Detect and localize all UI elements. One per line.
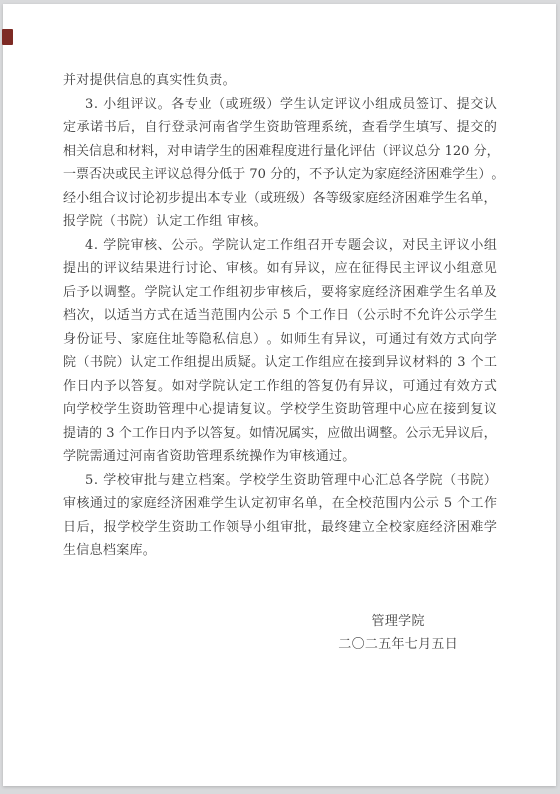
- document-line: 定承诺书后，自行登录河南省学生资助管理系统，查看学生填写、提交的: [63, 116, 497, 140]
- document-line: 日后，报学校学生资助工作领导小组审批，最终建立全校家庭经济困难学: [63, 516, 497, 540]
- document-line: 学院需通过河南省资助管理系统操作为审核通过。: [63, 445, 497, 469]
- document-line: 相关信息和材料，对申请学生的困难程度进行量化评估（评议总分 120 分，: [63, 140, 497, 164]
- document-line: 一票否决或民主评议总得分低于 70 分的，不予认定为家庭经济困难学生）。: [63, 163, 497, 187]
- document-lines: 并对提供信息的真实性负责。3. 小组评议。各专业（或班级）学生认定评议小组成员签…: [63, 69, 497, 563]
- seal-fragment-mark: [2, 29, 13, 45]
- document-line: 作日内予以答复。如对学院认定工作组的答复仍有异议，可通过有效方式: [63, 375, 497, 399]
- signature-spacer: [63, 563, 497, 610]
- document-line: 生信息档案库。: [63, 539, 497, 563]
- signature-block: 管理学院 二〇二五年七月五日: [338, 610, 458, 657]
- document-line: 提请的 3 个工作日内予以答复。如情况属实，应做出调整。公示无异议后，: [63, 422, 497, 446]
- document-line: 3. 小组评议。各专业（或班级）学生认定评议小组成员签订、提交认: [63, 93, 497, 117]
- document-page: 并对提供信息的真实性负责。3. 小组评议。各专业（或班级）学生认定评议小组成员签…: [3, 4, 556, 786]
- document-line: 提出的评议结果进行讨论、审核。如有异议，应在征得民主评议小组意见: [63, 257, 497, 281]
- document-line: 院（书院）认定工作组提出质疑。认定工作组应在接到异议材料的 3 个工: [63, 351, 497, 375]
- document-body: 并对提供信息的真实性负责。3. 小组评议。各专业（或班级）学生认定评议小组成员签…: [63, 69, 497, 657]
- document-line: 后予以调整。学院认定工作组初步审核后，要将家庭经济困难学生名单及: [63, 281, 497, 305]
- document-line: 4. 学院审核、公示。学院认定工作组召开专题会议，对民主评议小组: [63, 234, 497, 258]
- document-line: 并对提供信息的真实性负责。: [63, 69, 497, 93]
- document-viewer-background: 并对提供信息的真实性负责。3. 小组评议。各专业（或班级）学生认定评议小组成员签…: [0, 0, 560, 794]
- document-line: 报学院（书院）认定工作组 审核。: [63, 210, 497, 234]
- document-line: 档次，以适当方式在适当范围内公示 5 个工作日（公示时不允许公示学生: [63, 304, 497, 328]
- document-line: 审核通过的家庭经济困难学生认定初审名单，在全校范围内公示 5 个工作: [63, 492, 497, 516]
- document-line: 向学校学生资助管理中心提请复议。学校学生资助管理中心应在接到复议: [63, 398, 497, 422]
- document-line: 5. 学校审批与建立档案。学校学生资助管理中心汇总各学院（书院）: [63, 469, 497, 493]
- document-line: 身份证号、家庭住址等隐私信息）。如师生有异议，可通过有效方式向学: [63, 328, 497, 352]
- signature-date: 二〇二五年七月五日: [338, 633, 458, 657]
- signature-org: 管理学院: [338, 610, 458, 634]
- document-line: 经小组合议讨论初步提出本专业（或班级）各等级家庭经济困难学生名单，: [63, 187, 497, 211]
